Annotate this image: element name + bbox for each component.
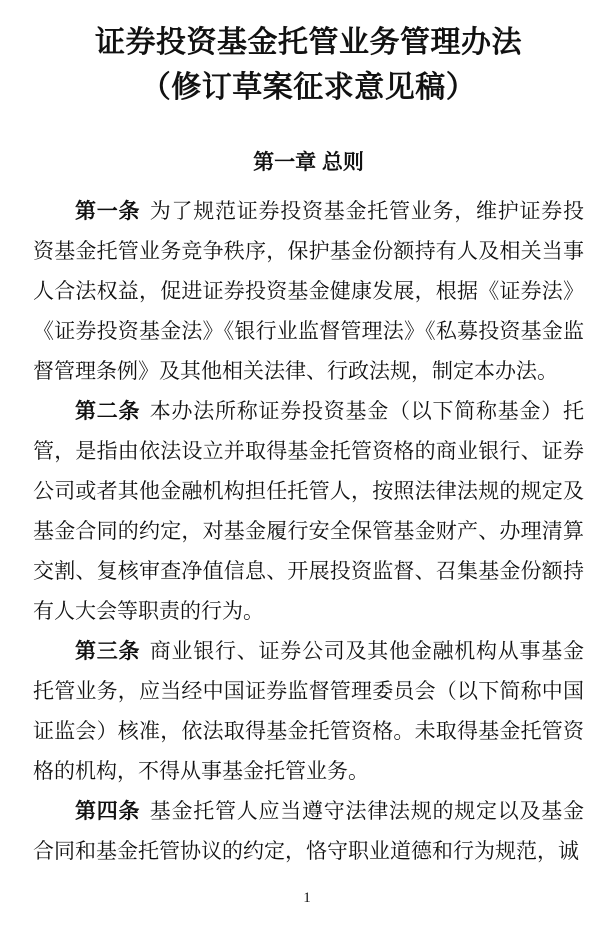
- document-page: 证券投资基金托管业务管理办法 （修订草案征求意见稿） 第一章 总则 第一条为了规…: [0, 0, 614, 925]
- article-2-paragraph: 第二条本办法所称证券投资基金（以下简称基金）托管，是指由依法设立并取得基金托管资…: [33, 391, 584, 631]
- article-2-text: 本办法所称证券投资基金（以下简称基金）托管，是指由依法设立并取得基金托管资格的商…: [33, 399, 584, 623]
- chapter-heading: 第一章 总则: [33, 147, 584, 179]
- article-3-paragraph: 第三条商业银行、证券公司及其他金融机构从事基金托管业务，应当经中国证券监督管理委…: [33, 631, 584, 791]
- document-title-line-1: 证券投资基金托管业务管理办法: [33, 20, 584, 65]
- article-4-paragraph: 第四条基金托管人应当遵守法律法规的规定以及基金合同和基金托管协议的约定，恪守职业…: [33, 791, 584, 871]
- article-2-number: 第二条: [75, 399, 140, 423]
- article-1-number: 第一条: [75, 199, 140, 223]
- document-body: 第一条为了规范证券投资基金托管业务，维护证券投资基金托管业务竞争秩序，保护基金份…: [33, 191, 584, 871]
- article-1-text: 为了规范证券投资基金托管业务，维护证券投资基金托管业务竞争秩序，保护基金份额持有…: [33, 199, 584, 383]
- article-3-number: 第三条: [75, 639, 140, 663]
- document-title: 证券投资基金托管业务管理办法 （修订草案征求意见稿）: [33, 20, 584, 110]
- document-title-line-2: （修订草案征求意见稿）: [33, 65, 584, 110]
- page-number: 1: [0, 890, 614, 907]
- article-1-paragraph: 第一条为了规范证券投资基金托管业务，维护证券投资基金托管业务竞争秩序，保护基金份…: [33, 191, 584, 391]
- article-4-number: 第四条: [75, 799, 140, 823]
